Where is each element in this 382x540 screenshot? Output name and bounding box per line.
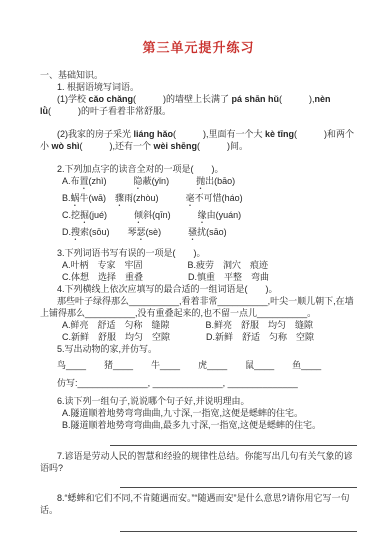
text-segment: ( ),还有一个 xyxy=(80,141,154,151)
q4-stem: 4.下列横线上依次应填写的最合适的一组词语是( )。 xyxy=(40,283,357,295)
text-segment: (sè) xyxy=(146,227,189,237)
q3-stem: 3.下列词语书写有误的一项是( )。 xyxy=(40,247,357,259)
text-segment: wèi shēng xyxy=(154,141,198,151)
section-heading: 一、基础知识。 xyxy=(40,69,357,81)
q2-option-d: D.搜索(sōu) 琴瑟(sè) 骚扰(sāo) xyxy=(40,226,357,243)
dotted-char: 倾 xyxy=(134,210,143,220)
text-segment: ( )的墙壁上长满了 xyxy=(133,94,232,104)
dotted-char: 骚 xyxy=(188,227,197,237)
text-segment: B. xyxy=(62,193,71,203)
text-segment: 出(bāo) xyxy=(205,176,235,186)
text-segment: ( )的叶子看着非常舒服。 xyxy=(48,106,171,116)
text-segment: 由(yuán) xyxy=(207,210,242,220)
q8-answer-line-2 xyxy=(40,536,357,540)
text-segment: 扰(sāo) xyxy=(197,227,227,237)
q4-row-1: A.鲜亮 舒适 匀称 缝隙 B.鲜亮 舒服 均匀 缝隙 xyxy=(40,319,357,331)
text-segment: 索(sōu) xyxy=(80,227,128,237)
q3-row-2: C.体想 选择 重叠 D.慎重 平整 弯曲 xyxy=(40,271,357,283)
q2-option-c: C.挖掘(jué) 倾斜(qīn) 缘由(yuán) xyxy=(40,209,357,226)
dotted-char: 瑟 xyxy=(137,227,146,237)
text-segment: 琴 xyxy=(128,227,137,237)
text-segment: ( )间。 xyxy=(197,141,248,151)
q5-imitate: 仿写:______________, ______________, _____… xyxy=(40,377,357,389)
text-segment: 蔽(yǐn) xyxy=(143,176,197,186)
q6-stem: 6.读下列一组句子,说说哪个句子好,并说明理由。 xyxy=(40,395,357,407)
text-segment: (1)学校 xyxy=(57,94,89,104)
q4-passage: 那些叶子绿得那么__________,看着非常__________,叶尖一顺儿朝… xyxy=(40,295,357,319)
q8-answer-line-1 xyxy=(120,521,357,532)
text-segment: ( ), xyxy=(279,94,315,104)
text-segment: pá shān hǔ xyxy=(232,94,280,104)
dotted-char: 置 xyxy=(80,176,89,186)
q7-answer-line xyxy=(120,477,357,488)
q6-option-b: B.隧道顺着地势弯弯曲曲,最多九寸深,一指宽,这便是蟋蟀的住宅。 xyxy=(40,419,357,431)
q2-option-b: B.蜗牛(wā) 骤雨(zhòu) 毫不可惜(háo) xyxy=(40,192,357,209)
page-title: 第三单元提升练习 xyxy=(40,40,357,56)
text-segment: D. xyxy=(62,227,71,237)
q5-animals: 鸟____ 猪____ 牛____ 虎____ 鼠____ 鱼____ xyxy=(40,359,357,371)
q1-stem: 1. 根据语境写词语。 xyxy=(40,81,357,93)
dotted-char: 缘 xyxy=(198,210,207,220)
dotted-char: 毫 xyxy=(186,193,195,203)
q1-item-1: (1)学校 cǎo chǎng( )的墙壁上长满了 pá shān hǔ( ),… xyxy=(40,93,357,117)
text-segment: (zhì) xyxy=(89,176,134,186)
dotted-char: 搜 xyxy=(71,227,80,237)
text-segment: (2)我家的房子采光 xyxy=(57,129,134,139)
q5-stem: 5.写出动物的家,并仿写。 xyxy=(40,343,357,355)
dotted-char: 抛 xyxy=(196,176,205,186)
text-segment: liáng hǎo xyxy=(134,129,174,139)
q2-option-a: A.布置(zhì) 隐蔽(yǐn) 抛出(bāo) xyxy=(40,175,357,192)
text-segment: 斜(qīn) xyxy=(143,210,198,220)
dotted-char: 蜗 xyxy=(71,193,80,203)
text-segment: 雨(zhòu) xyxy=(124,193,186,203)
dotted-char: 掘 xyxy=(80,210,89,220)
q3-row-1: A.叶柄 专家 牢固 B.疲劳 洞穴 痕迹 xyxy=(40,259,357,271)
text-segment: A.布 xyxy=(62,176,80,186)
text-segment: ( ),里面有一个大 xyxy=(173,129,265,139)
q6-answer-line xyxy=(110,435,357,446)
q2-stem: 2.下列加点字的读音全对的一项是( )。 xyxy=(40,163,357,175)
q8-text: 8.“蟋蟀和它们不同,不肯随遇而安。”“随遇而安”是什么意思?请你用它写一句话。 xyxy=(40,492,357,516)
text-segment: (jué) xyxy=(89,210,134,220)
q1-item-2: (2)我家的房子采光 liáng hǎo( ),里面有一个大 kè tīng( … xyxy=(40,128,357,152)
text-segment: wò shì xyxy=(52,141,80,151)
text-segment: cǎo chǎng xyxy=(89,94,134,104)
dotted-char: 隐 xyxy=(134,176,143,186)
dotted-char: 骤 xyxy=(115,193,124,203)
q7-text: 7.谚语是劳动人民的智慧和经验的规律性总结。你能写出几句有关气象的谚语吗? xyxy=(40,450,357,474)
text-segment: 牛(wā) xyxy=(80,193,116,203)
text-segment: 不可惜(háo) xyxy=(195,193,243,203)
q6-option-a: A.隧道顺着地势弯弯曲曲,九寸深,一指宽,这便是蟋蟀的住宅。 xyxy=(40,407,357,419)
q4-row-2: C.新鲜 舒服 均匀 空隙 D.新鲜 舒适 匀称 空隙 xyxy=(40,331,357,343)
worksheet-page: 第三单元提升练习 一、基础知识。 1. 根据语境写词语。 (1)学校 cǎo c… xyxy=(0,0,382,540)
text-segment: kè tīng xyxy=(265,129,294,139)
text-segment: C.挖 xyxy=(62,210,80,220)
